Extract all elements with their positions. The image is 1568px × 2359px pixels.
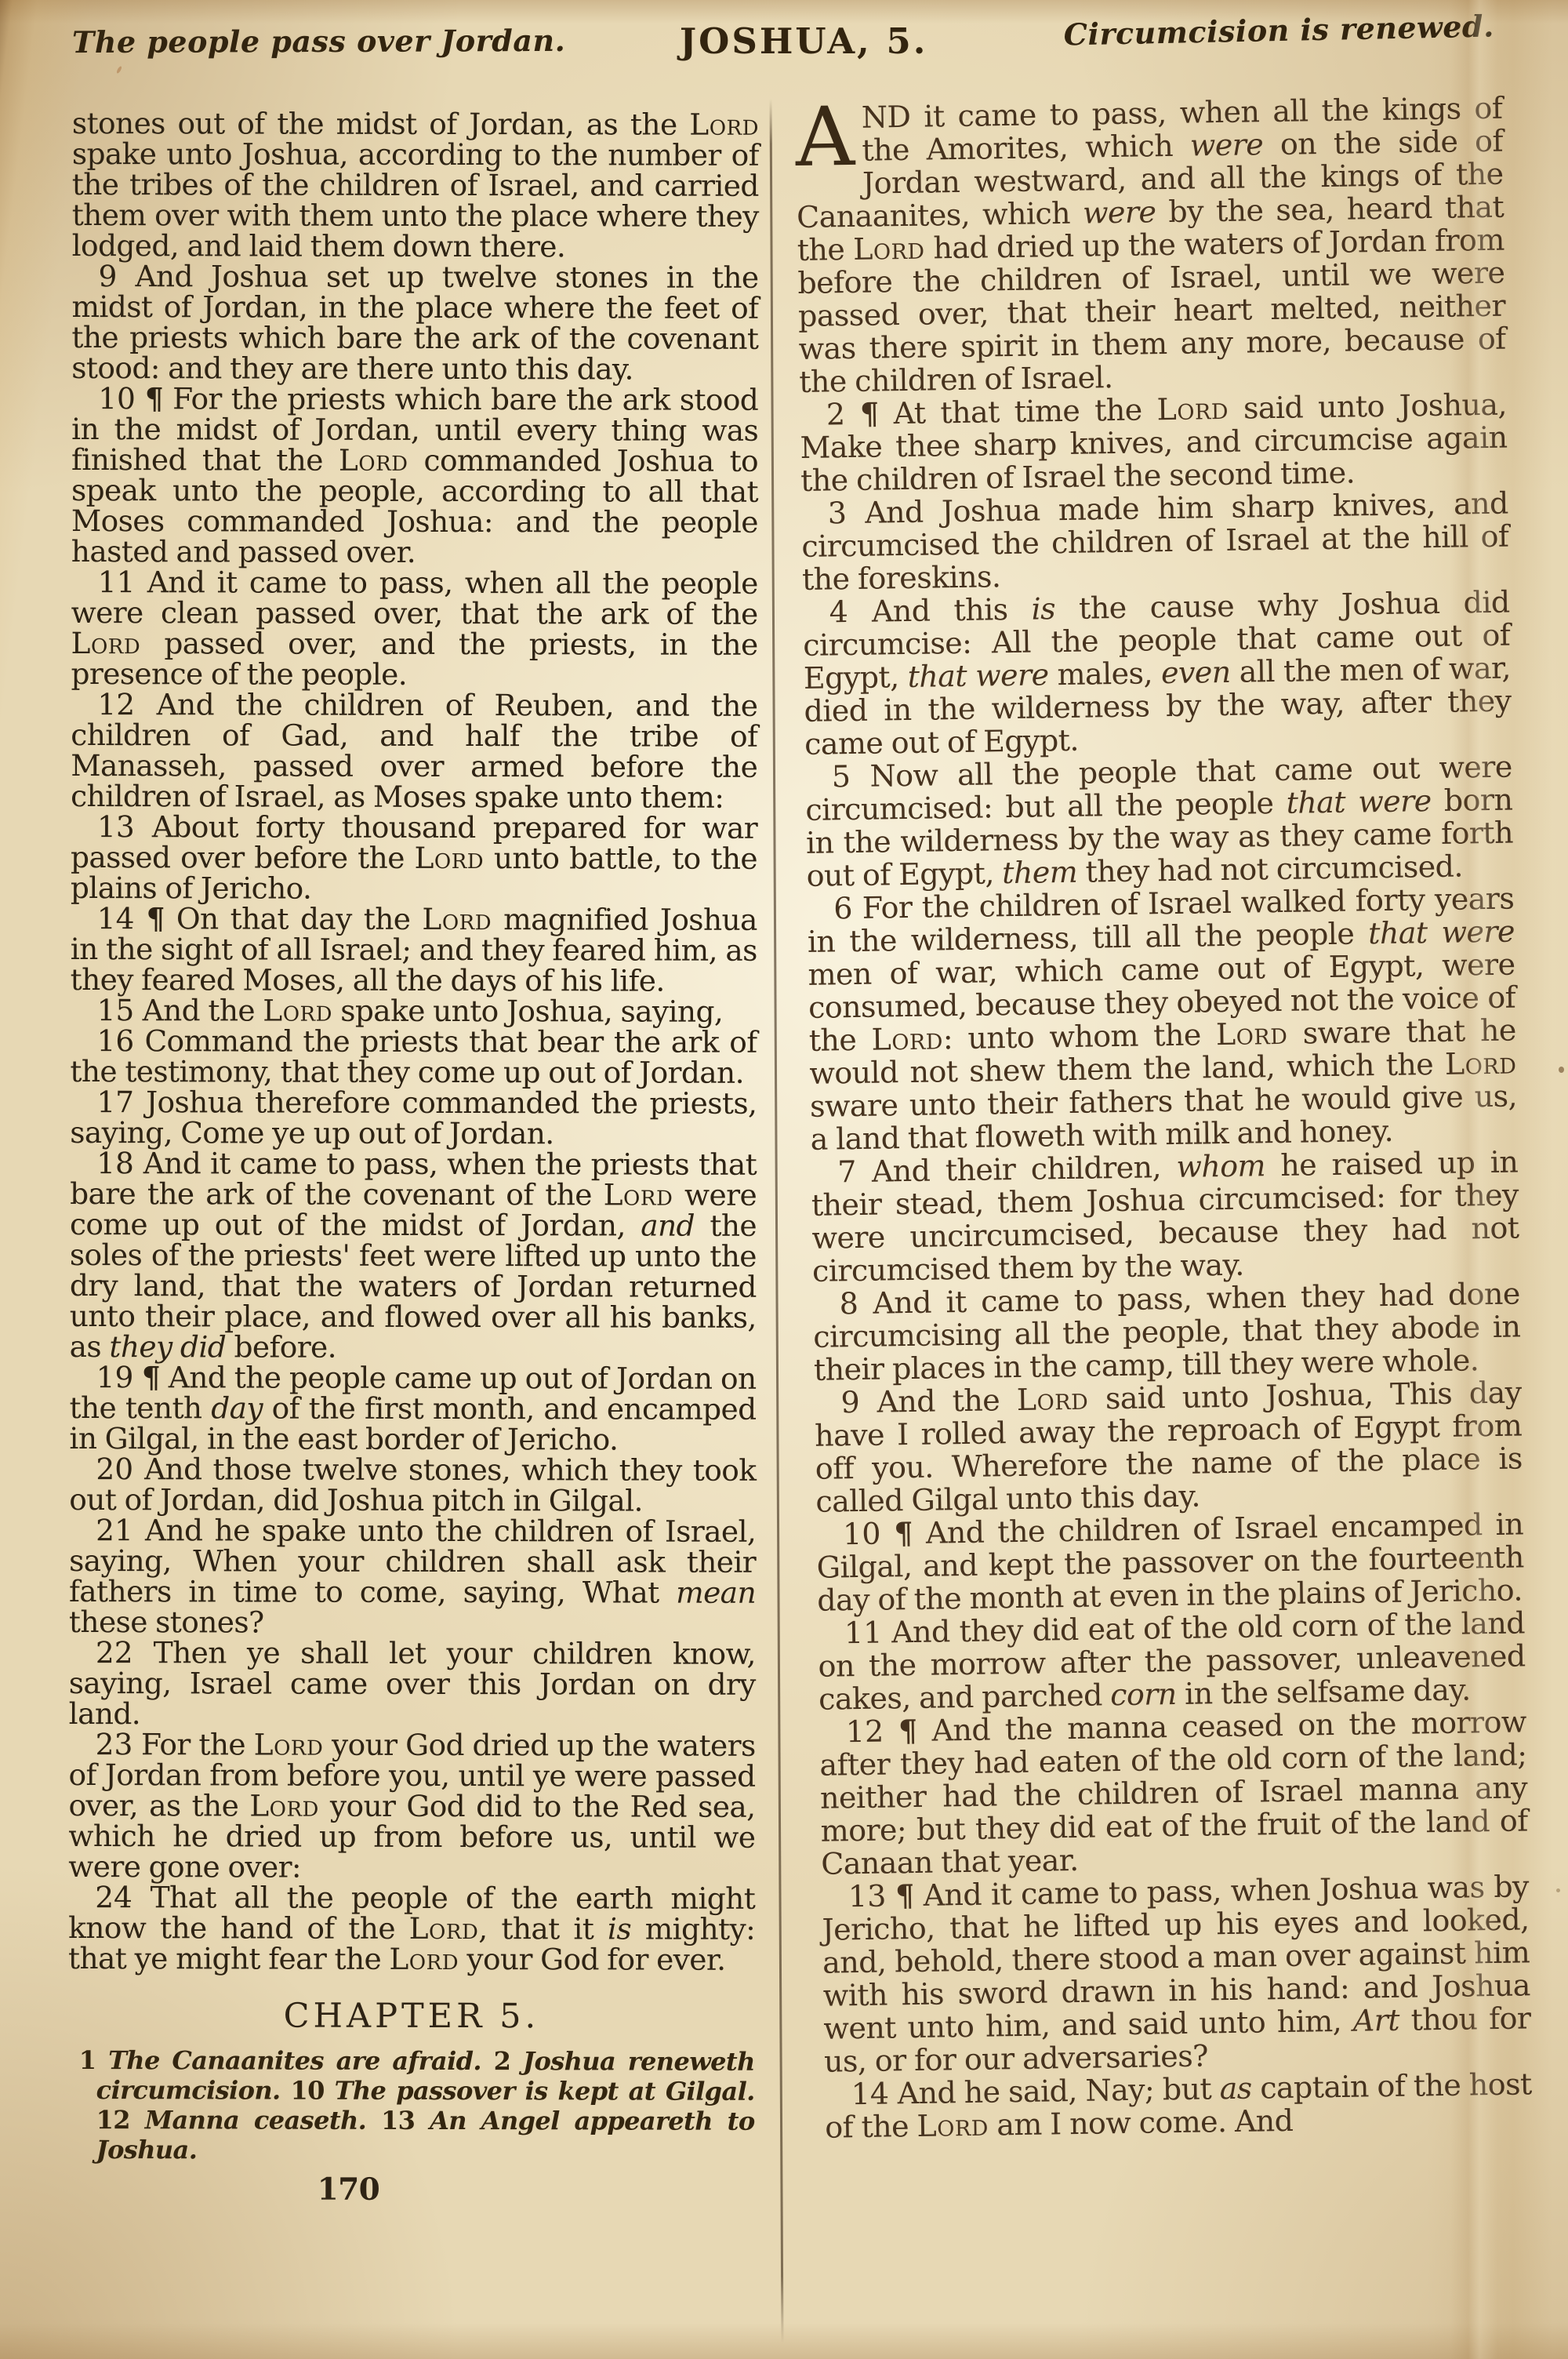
verse-21: 21 And he spake unto the children of Isr… [69, 1515, 756, 1639]
verse-number: 23 [96, 1727, 133, 1761]
verse-number: 3 [827, 496, 847, 530]
verse-18: 18 And it came to pass, when the priests… [70, 1148, 757, 1364]
verse-number: 22 [96, 1635, 133, 1670]
verse-number: 20 [96, 1452, 133, 1486]
drop-cap: A [795, 101, 862, 169]
pilcrow-mark: ¶ [895, 1877, 914, 1913]
scanned-bible-page: The people pass over Jordan. JOSHUA, 5. … [0, 0, 1568, 2359]
verse-continued: AND it came to pass, when all the kings … [795, 92, 1507, 398]
verse-6: 6 For the children of Israel walked fort… [807, 882, 1518, 1156]
pilcrow-mark: ¶ [898, 1713, 917, 1748]
verse-8: 8 And it came to pass, when they had don… [812, 1277, 1521, 1386]
summary-verse-number: 10 [290, 2076, 324, 2106]
verse-4: 4 And this is the cause why Joshua did c… [802, 586, 1512, 761]
verse-number: 8 [839, 1286, 858, 1321]
verse-number: 9 [840, 1385, 860, 1419]
chapter-summary: 1 The Canaanites are afraid. 2 Joshua re… [68, 2045, 755, 2166]
verse-17: 17 Joshua therefore commanded the priest… [70, 1087, 757, 1150]
right-column: AND it came to pass, when all the kings … [795, 92, 1533, 2144]
verse-number: 2 [826, 397, 846, 431]
summary-verse-number: 1 [79, 2045, 96, 2075]
verse-number: 10 [843, 1517, 881, 1552]
verse-number: 6 [833, 891, 853, 925]
verse-number: 14 [851, 2077, 889, 2112]
verse-number: 12 [846, 1714, 884, 1750]
verse-22: 22 Then ye shall let your children know,… [69, 1637, 756, 1731]
pilcrow-mark: ¶ [894, 1515, 913, 1550]
verse-15: 15 And the Lord spake unto Joshua, sayin… [71, 995, 757, 1027]
verse-number: 9 [99, 259, 118, 293]
verse-number: 11 [98, 565, 136, 599]
pilcrow-mark: ¶ [145, 381, 163, 416]
verse-number: 7 [837, 1154, 857, 1189]
right-column-verses: AND it came to pass, when all the kings … [795, 92, 1533, 2144]
verse-16: 16 Command the priests that bear the ark… [70, 1026, 757, 1089]
left-column: stones out of the midst of Jordan, as th… [67, 108, 759, 2206]
verse-13: 13 ¶ And it came to pass, when Joshua wa… [822, 1870, 1532, 2077]
verse-number: 17 [96, 1085, 134, 1119]
verse-23: 23 For the Lord your God dried up the wa… [68, 1729, 755, 1884]
verse-2: 2 ¶ At that time the Lord said unto Josh… [800, 388, 1508, 497]
verse-12: 12 And the children of Reuben, and the c… [71, 689, 757, 813]
left-column-verses: stones out of the midst of Jordan, as th… [68, 108, 759, 1976]
verse-number: 13 [848, 1879, 887, 1914]
verse-number: 18 [96, 1146, 134, 1180]
pilcrow-mark: ¶ [142, 1360, 160, 1394]
verse-continued: stones out of the midst of Jordan, as th… [72, 108, 759, 263]
verse-3: 3 And Joshua made him sharp knives, and … [800, 487, 1509, 596]
paper-speck [1556, 1888, 1560, 1892]
verse-9: 9 And the Lord said unto Joshua, This da… [814, 1376, 1523, 1518]
verse-9: 9 And Joshua set up twelve stones in the… [71, 261, 758, 385]
verse-number: 13 [97, 809, 135, 844]
verse-number: 19 [96, 1360, 134, 1394]
verse-number: 10 [98, 381, 136, 416]
verse-14: 14 ¶ On that day the Lord magnified Josh… [71, 903, 757, 997]
verse-14: 14 And he said, Nay; but as captain of t… [824, 2067, 1532, 2143]
pilcrow-mark: ¶ [860, 395, 879, 431]
summary-verse-number: 13 [381, 2106, 415, 2135]
verse-number: 16 [96, 1023, 134, 1058]
verse-11: 11 And they did eat of the old corn of t… [818, 1606, 1526, 1715]
verse-number: 15 [97, 993, 135, 1027]
verse-number: 21 [96, 1513, 133, 1547]
verse-10: 10 ¶ For the priests which bare the ark … [71, 383, 758, 569]
verse-11: 11 And it came to pass, when all the peo… [71, 567, 757, 691]
paper-fiber [116, 66, 122, 75]
running-head-center: JOSHUA, 5. [680, 20, 928, 62]
verse-7: 7 And their children, whom he raised up … [811, 1145, 1519, 1287]
verse-19: 19 ¶ And the people came up out of Jorda… [69, 1362, 756, 1456]
summary-verse-number: 2 [494, 2046, 511, 2076]
verse-20: 20 And those twelve stones, which they t… [69, 1454, 756, 1517]
verse-number: 24 [95, 1880, 132, 1914]
verse-number: 4 [829, 594, 848, 629]
verse-24: 24 That all the people of the earth migh… [68, 1882, 755, 1976]
running-head: The people pass over Jordan. JOSHUA, 5. … [72, 19, 1494, 60]
summary-verse-number: 12 [96, 2105, 130, 2135]
paper-speck [1559, 1067, 1564, 1073]
column-divider-rule [770, 99, 784, 2343]
verse-number: 14 [97, 901, 135, 936]
pilcrow-mark: ¶ [147, 901, 165, 936]
verse-number: 5 [831, 759, 851, 794]
verse-10: 10 ¶ And the children of Israel encamped… [816, 1507, 1525, 1616]
running-head-left: The people pass over Jordan. [72, 23, 565, 60]
running-head-right: Circumcision is renewed. [1063, 8, 1494, 52]
chapter-heading: CHAPTER 5. [68, 2001, 755, 2033]
verse-number: 11 [844, 1616, 883, 1651]
verse-number: 12 [97, 687, 135, 722]
page-number: 170 [5, 2174, 691, 2206]
verse-5: 5 Now all the people that came out were … [804, 751, 1513, 892]
verse-13: 13 About forty thousand prepared for war… [71, 812, 757, 905]
verse-12: 12 ¶ And the manna ceased on the morrow … [819, 1705, 1529, 1880]
